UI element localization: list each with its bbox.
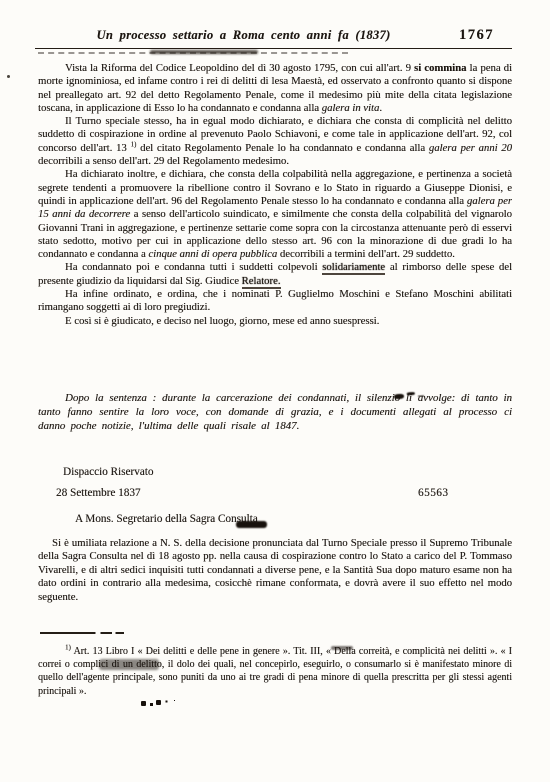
paragraph: Ha infine ordinato, e ordina, che i nomi…	[38, 288, 512, 315]
footnote: 1) Art. 13 Libro I « Dei delitti e delle…	[38, 645, 512, 698]
ink-smudge	[99, 659, 159, 670]
scanned-book-page: Un processo settario a Roma cento anni f…	[0, 0, 550, 782]
ink-smudge	[150, 50, 258, 54]
ink-smudge	[141, 701, 146, 706]
paragraph: Il Turno speciale stesso, ha in egual mo…	[38, 115, 512, 168]
dispatch-paragraph: Si è umiliata relazione a N. S. della de…	[38, 537, 512, 604]
addressee-line: A Mons. Segretario della Sagra Consulta	[38, 513, 512, 526]
footnote-separator	[40, 632, 124, 634]
paragraph: Ha condannato poi e condanna tutti i sud…	[38, 261, 512, 288]
paragraph: E così si è giudicato, e deciso nel luog…	[38, 315, 512, 328]
ink-smudge	[236, 521, 267, 528]
dispatch-date: 28 Settembre 1837	[56, 487, 141, 499]
page-header: Un processo settario a Roma cento anni f…	[38, 27, 512, 44]
header-rule	[35, 48, 512, 49]
paragraph: Vista la Riforma del Codice Leopoldino d…	[38, 62, 512, 115]
ink-smudge	[331, 646, 353, 650]
editorial-note: Dopo la sentenza : durante la carcerazio…	[38, 392, 512, 433]
running-title: Un processo settario a Roma cento anni f…	[38, 28, 449, 43]
dispatch-section: Dispaccio Riservato 28 Settembre 1837 65…	[38, 466, 512, 604]
page-number: 1767	[459, 27, 512, 44]
editorial-note-text: Dopo la sentenza : durante la carcerazio…	[38, 392, 512, 433]
ink-smudge	[7, 75, 10, 78]
footnote-text: 1) Art. 13 Libro I « Dei delitti e delle…	[38, 645, 512, 698]
dispatch-classification: Dispaccio Riservato	[38, 466, 512, 479]
dispatch-body: Si è umiliata relazione a N. S. della de…	[38, 537, 512, 604]
judgment-text: Vista la Riforma del Codice Leopoldino d…	[38, 62, 512, 392]
dispatch-meta: 28 Settembre 1837 65563	[38, 487, 512, 500]
protocol-number: 65563	[418, 487, 448, 500]
paragraph: Ha dichiarato inoltre, e dichiara, che c…	[38, 168, 512, 261]
